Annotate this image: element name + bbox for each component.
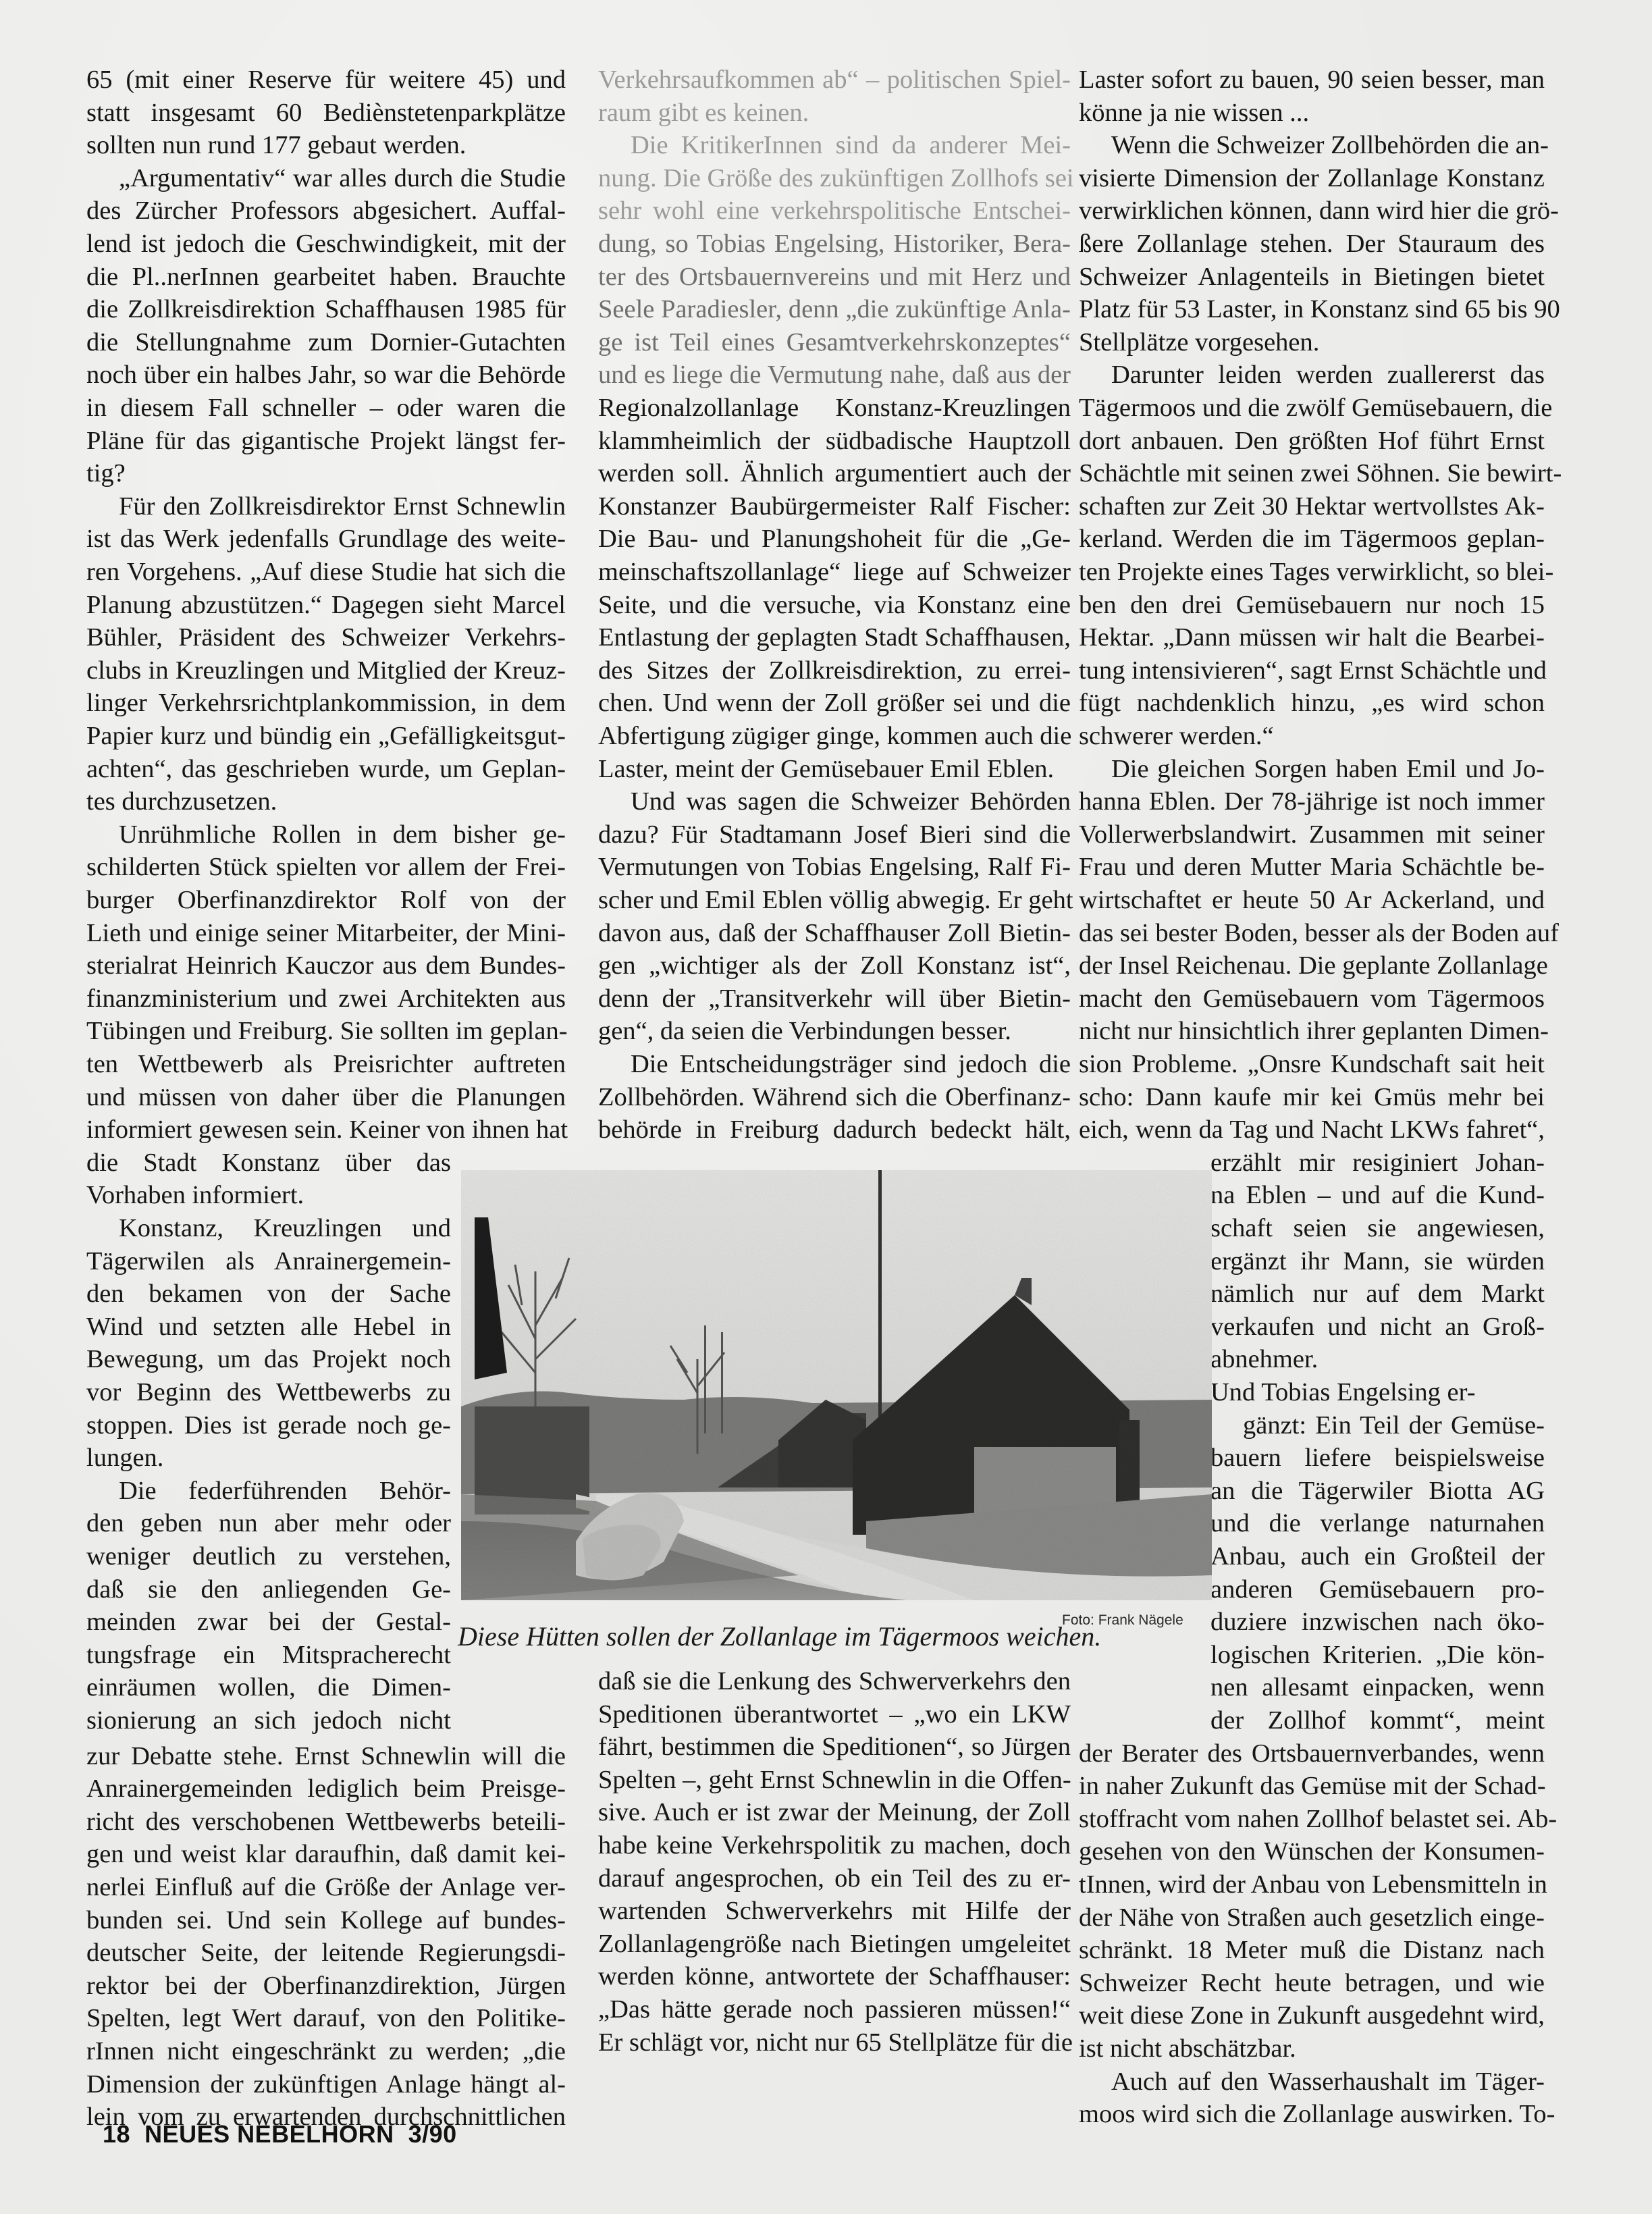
article-line: der Zollhof kommt“, meint (1210, 1704, 1545, 1737)
article-line: deutscher Seite, der leitende Regierungs… (86, 1936, 566, 1969)
article-line: und die verlange naturnahen (1210, 1507, 1545, 1539)
page-footer: 18 NEUES NEBELHORN 3/90 (103, 2120, 457, 2149)
article-line: burger Oberfinanzdirektor Rolf von der (86, 884, 566, 916)
article-line: Unrühmliche Rollen in dem bisher ge- (86, 818, 566, 851)
article-line: sive. Auch er ist zwar der Meinung, der … (598, 1796, 1071, 1828)
article-line: chen. Und wenn der Zoll größer sei und d… (598, 687, 1071, 719)
article-line: meinschaftszollanlage“ liege auf Schweiz… (598, 556, 1071, 588)
article-line: ergänzt ihr Mann, sie würden (1210, 1245, 1545, 1277)
article-line: könne ja nie wissen ... (1079, 97, 1545, 129)
article-line: ist das Werk jedenfalls Grundlage des we… (86, 523, 566, 555)
article-line: nen allesamt einpacken, wenn (1210, 1671, 1545, 1704)
article-line: Laster, meint der Gemüsebauer Emil Eblen… (598, 753, 1071, 785)
article-line: habe keine Verkehrspolitik zu machen, do… (598, 1829, 1071, 1862)
article-line: bauern liefere beispielsweise (1210, 1442, 1545, 1474)
article-line: nicht nur hinsichtlich ihrer geplanten D… (1079, 1015, 1545, 1047)
article-line: schaften zur Zeit 30 Hektar wertvollstes… (1079, 490, 1545, 523)
article-line: nämlich nur auf dem Markt (1210, 1277, 1545, 1310)
article-line: an die Tägerwiler Biotta AG (1210, 1475, 1545, 1507)
article-line: und müssen von daher über die Planungen (86, 1081, 566, 1113)
article-line: abnehmer. (1210, 1343, 1545, 1375)
article-line: behörde in Freiburg dadurch bedeckt hält… (598, 1113, 1071, 1146)
article-line: Die Entscheidungsträger sind jedoch die (598, 1048, 1071, 1080)
article-line: stoffracht vom nahen Zollhof belastet se… (1079, 1803, 1545, 1835)
article-line: Planung abzustützen.“ Dagegen sieht Marc… (86, 589, 566, 621)
article-line: Anrainergemeinden lediglich beim Preisge… (86, 1772, 566, 1805)
article-line: na Eblen – und auf die Kund- (1210, 1179, 1545, 1211)
photo-image (461, 1170, 1212, 1600)
article-line: Schweizer Anlagenteils in Bietingen biet… (1079, 261, 1545, 293)
article-line: macht den Gemüsebauern vom Tägermoos (1079, 982, 1545, 1015)
article-line: Die KritikerInnen sind da anderer Mei- (598, 129, 1071, 161)
article-line: darauf angesprochen, ob ein Teil des zu … (598, 1862, 1071, 1895)
article-line: informiert gewesen sein. Keiner von ihne… (86, 1113, 566, 1146)
article-line: werden könne, antwortete der Schaffhause… (598, 1960, 1071, 1993)
article-line: der Nähe von Straßen auch gesetzlich ein… (1079, 1901, 1545, 1934)
article-line: klammheimlich der südbadische Hauptzoll (598, 425, 1071, 457)
article-photo (461, 1170, 1212, 1600)
article-line: Bühler, Präsident des Schweizer Verkehrs… (86, 621, 566, 654)
article-line: Speditionen überantwortet – „wo ein LKW (598, 1698, 1071, 1731)
article-line: Für den Zollkreisdirektor Ernst Schnewli… (86, 490, 566, 523)
page-number: 18 (103, 2120, 130, 2148)
article-line: scher und Emil Eblen völlig abwegig. Er … (598, 884, 1071, 916)
article-line: schwerer werden.“ (1079, 720, 1545, 752)
article-line: scho: Dann kaufe mir kei Gmüs mehr bei (1079, 1081, 1545, 1113)
article-line: Pläne für das gigantische Projekt längst… (86, 425, 566, 457)
photo-caption: Diese Hütten sollen der Zollanlage im Tä… (458, 1620, 1101, 1652)
article-line: Wind und setzten alle Hebel in (86, 1311, 451, 1343)
article-line: noch über ein halbes Jahr, so war die Be… (86, 359, 566, 391)
article-line: Vorhaben informiert. (86, 1179, 451, 1211)
article-line: dazu? Für Stadtamann Josef Bieri sind di… (598, 818, 1071, 851)
article-line: Wenn die Schweizer Zollbehörden die an- (1079, 129, 1545, 161)
article-line: vor Beginn des Wettbewerbs zu (86, 1376, 451, 1408)
article-line: schaft seien sie angewiesen, (1210, 1212, 1545, 1244)
article-line: davon aus, daß der Schaffhauser Zoll Bie… (598, 917, 1071, 949)
article-line: fügt nachdenklich hinzu, „es wird schon (1079, 687, 1545, 719)
issue-number: 3/90 (408, 2120, 457, 2148)
article-line: Platz für 53 Laster, in Konstanz sind 65… (1079, 293, 1545, 325)
article-line: dort anbauen. Den größten Hof führt Erns… (1079, 425, 1545, 457)
article-line: in naher Zukunft das Gemüse mit der Scha… (1079, 1770, 1545, 1802)
publication-title: NEUES NEBELHORN (144, 2120, 394, 2148)
article-line: wirtschaftet er heute 50 Ar Ackerland, u… (1079, 884, 1545, 916)
article-line: Laster sofort zu bauen, 90 seien besser,… (1079, 63, 1545, 96)
article-line: tInnen, wird der Anbau von Lebensmitteln… (1079, 1868, 1545, 1901)
article-line: gänzt: Ein Teil der Gemüse- (1210, 1409, 1545, 1442)
article-line: tes durchzusetzen. (86, 785, 566, 818)
article-line: Regionalzollanlage Konstanz-Kreuzlingen (598, 392, 1071, 424)
article-line: die Pl..nerInnen gearbeitet haben. Brauc… (86, 261, 566, 293)
article-line: logischen Kriterien. „Die kön- (1210, 1639, 1545, 1671)
article-line: in diesem Fall schneller – oder waren di… (86, 392, 566, 424)
article-line: ten Wettbewerb als Preisrichter auftrete… (86, 1048, 566, 1080)
article-line: sionierung an sich jedoch nicht (86, 1704, 451, 1737)
article-line: gesehen von den Wünschen der Konsumen- (1079, 1835, 1545, 1868)
article-line: Und Tobias Engelsing er- (1210, 1376, 1545, 1408)
article-line: einräumen wollen, die Dimen- (86, 1671, 451, 1704)
article-line: linger Verkehrsrichtplankommission, in d… (86, 687, 566, 719)
article-line: Bewegung, um das Projekt noch (86, 1343, 451, 1375)
article-line: duziere inzwischen nach öko- (1210, 1606, 1545, 1638)
article-line: Zollanlagengröße nach Bietingen umgeleit… (598, 1928, 1071, 1960)
article-line: Abfertigung zügiger ginge, kommen auch d… (598, 720, 1071, 752)
article-line: die Zollkreisdirektion Schaffhausen 1985… (86, 293, 566, 325)
article-line: fährt, bestimmen die Speditionen“, so Jü… (598, 1731, 1071, 1763)
article-line: Die gleichen Sorgen haben Emil und Jo- (1079, 753, 1545, 785)
article-line: den bekamen von der Sache (86, 1277, 451, 1310)
article-line: gen „wichtiger als der Zoll Konstanz ist… (598, 949, 1071, 982)
article-line: nung. Die Größe des zukünftigen Zollhofs… (598, 162, 1071, 194)
article-line: Hektar. „Dann müssen wir halt die Bearbe… (1079, 621, 1545, 654)
article-line: raum gibt es keinen. (598, 97, 1071, 129)
article-line: den geben nun aber mehr oder (86, 1507, 451, 1539)
article-line: daß sie den anliegenden Ge- (86, 1573, 451, 1606)
article-line: „Argumentativ“ war alles durch die Studi… (86, 162, 566, 194)
article-line: tung intensivieren“, sagt Ernst Schächtl… (1079, 654, 1545, 687)
article-line: der Insel Reichenau. Die geplante Zollan… (1079, 949, 1545, 982)
article-line: Tägerwilen als Anrainergemein- (86, 1245, 451, 1277)
article-line: Dimension der zukünftigen Anlage hängt a… (86, 2068, 566, 2101)
article-line: lend ist jedoch die Geschwindigkeit, mit… (86, 228, 566, 260)
article-line: ge ist Teil eines Gesamtverkehrskonzepte… (598, 326, 1071, 359)
article-line: rInnen nicht eingeschränkt zu werden; „d… (86, 2035, 566, 2067)
article-line: verwirklichen können, dann wird hier die… (1079, 194, 1545, 227)
article-line: ßere Zollanlage stehen. Der Stauraum des (1079, 228, 1545, 260)
article-line: eich, wenn da Tag und Nacht LKWs fahret“… (1079, 1113, 1545, 1146)
article-line: ter des Ortsbauernvereins und mit Herz u… (598, 261, 1071, 293)
article-line: sterialrat Heinrich Kauczor aus dem Bund… (86, 949, 566, 982)
article-line: hanna Eblen. Der 78-jährige ist noch imm… (1079, 785, 1545, 818)
article-line: 65 (mit einer Reserve für weitere 45) un… (86, 63, 566, 96)
article-line: Auch auf den Wasserhaushalt im Täger- (1079, 2065, 1545, 2098)
article-line: Lieth und einige seiner Mitarbeiter, der… (86, 917, 566, 949)
article-line: gen“, da seien die Verbindungen besser. (598, 1015, 1071, 1047)
article-line: finanzministerium und zwei Architekten a… (86, 982, 566, 1015)
article-line: richt des verschobenen Wettbewerbs betei… (86, 1806, 566, 1838)
article-line: verkaufen und nicht an Groß- (1210, 1311, 1545, 1343)
article-line: ren Vorgehens. „Auf diese Studie hat sic… (86, 556, 566, 588)
article-line: sehr wohl eine verkehrspolitische Entsch… (598, 194, 1071, 227)
article-line: Darunter leiden werden zuallererst das (1079, 359, 1545, 391)
article-line: Seite, und die versuche, via Konstanz ei… (598, 589, 1071, 621)
article-line: des Zürcher Professors abgesichert. Auff… (86, 194, 566, 227)
article-line: Konstanzer Baubürgermeister Ralf Fischer… (598, 490, 1071, 523)
article-line: zur Debatte stehe. Ernst Schnewlin will … (86, 1740, 566, 1772)
article-line: Frau und deren Mutter Maria Schächtle be… (1079, 851, 1545, 883)
article-line: tig? (86, 457, 566, 490)
article-line: der Berater des Ortsbauernverbandes, wen… (1079, 1737, 1545, 1770)
article-line: Vollerwerbslandwirt. Zusammen mit seiner (1079, 818, 1545, 851)
article-line: das sei bester Boden, besser als der Bod… (1079, 917, 1545, 949)
article-line: Tübingen und Freiburg. Sie sollten im ge… (86, 1015, 566, 1047)
article-line: bunden sei. Und sein Kollege auf bundes- (86, 1904, 566, 1936)
article-line: Schächtle mit seinen zwei Söhnen. Sie be… (1079, 457, 1545, 490)
article-line: die Stadt Konstanz über das (86, 1146, 451, 1179)
article-line: kerland. Werden die im Tägermoos geplan- (1079, 523, 1545, 555)
article-line: Spelten, legt Wert darauf, von den Polit… (86, 2002, 566, 2034)
article-line: Seele Paradiesler, denn „die zukünftige … (598, 293, 1071, 325)
article-line: und es liege die Vermutung nahe, daß aus… (598, 359, 1071, 391)
article-line: rektor bei der Oberfinanzdirektion, Jürg… (86, 1970, 566, 2002)
article-line: die Stellungnahme zum Dornier-Gutachten (86, 326, 566, 359)
article-line: Er schlägt vor, nicht nur 65 Stellplätze… (598, 2026, 1071, 2059)
article-line: Und was sagen die Schweizer Behörden (598, 785, 1071, 818)
article-line: ist nicht abschätzbar. (1079, 2032, 1545, 2065)
article-line: Schweizer Recht heute betragen, und wie (1079, 1967, 1545, 1999)
article-line: weit diese Zone in Zukunft ausgedehnt wi… (1079, 1999, 1545, 2032)
article-line: erzählt mir resiginiert Johan- (1210, 1146, 1545, 1179)
article-line: moos wird sich die Zollanlage auswirken.… (1079, 2098, 1545, 2130)
article-line: „Das hätte gerade noch passieren müssen!… (598, 1993, 1071, 2026)
article-line: Verkehrsaufkommen ab“ – politischen Spie… (598, 63, 1071, 96)
article-line: tungsfrage ein Mitspracherecht (86, 1639, 451, 1671)
article-line: Anbau, auch ein Großteil der (1210, 1540, 1545, 1573)
article-line: Tägermoos und die zwölf Gemüsebauern, di… (1079, 392, 1545, 424)
article-line: denn der „Transitverkehr will über Bieti… (598, 982, 1071, 1015)
article-line: anderen Gemüsebauern pro- (1210, 1573, 1545, 1606)
article-line: Entlastung der geplagten Stadt Schaffhau… (598, 621, 1071, 654)
article-line: Die federführenden Behör- (86, 1475, 451, 1507)
article-line: Konstanz, Kreuzlingen und (86, 1212, 451, 1244)
photo-credit: Foto: Frank Nägele (1062, 1612, 1183, 1629)
article-line: visierte Dimension der Zollanlage Konsta… (1079, 162, 1545, 194)
article-line: Spelten –, geht Ernst Schnewlin in die O… (598, 1764, 1071, 1796)
article-line: lungen. (86, 1442, 451, 1474)
article-line: schränkt. 18 Meter muß die Distanz nach (1079, 1934, 1545, 1966)
article-line: ten Projekte eines Tages verwirklicht, s… (1079, 556, 1545, 588)
article-line: Zollbehörden. Während sich die Oberfinan… (598, 1081, 1071, 1113)
article-line: achten“, das geschrieben wurde, um Gepla… (86, 753, 566, 785)
article-line: meinden zwar bei der Gestal- (86, 1606, 451, 1638)
article-line: Vermutungen von Tobias Engelsing, Ralf F… (598, 851, 1071, 883)
article-line: Die Bau- und Planungshoheit für die „Ge- (598, 523, 1071, 555)
article-line: ben den drei Gemüsebauern nur noch 15 (1079, 589, 1545, 621)
article-line: dung, so Tobias Engelsing, Historiker, B… (598, 228, 1071, 260)
article-line: weniger deutlich zu verstehen, (86, 1540, 451, 1573)
article-line: wartenden Schwerverkehrs mit Hilfe der (598, 1895, 1071, 1927)
article-line: sollten nun rund 177 gebaut werden. (86, 129, 566, 161)
article-line: Stellplätze vorgesehen. (1079, 326, 1545, 359)
article-line: clubs in Kreuzlingen und Mitglied der Kr… (86, 654, 566, 687)
article-line: schilderten Stück spielten vor allem der… (86, 851, 566, 883)
article-line: stoppen. Dies ist gerade noch ge- (86, 1409, 451, 1442)
article-line: statt insgesamt 60 Bediènstetenparkplätz… (86, 97, 566, 129)
article-line: Papier kurz und bündig ein „Gefälligkeit… (86, 720, 566, 752)
article-line: werden soll. Ähnlich argumentiert auch d… (598, 457, 1071, 490)
magazine-page: 65 (mit einer Reserve für weitere 45) un… (0, 0, 1652, 2214)
article-line: daß sie die Lenkung des Schwerverkehrs d… (598, 1665, 1071, 1697)
article-line: nerlei Einfluß auf die Größe der Anlage … (86, 1871, 566, 1903)
article-line: sion Probleme. „Onsre Kundschaft sait he… (1079, 1048, 1545, 1080)
article-line: gen und weist klar daraufhin, daß damit … (86, 1838, 566, 1870)
article-line: des Sitzes der Zollkreisdirektion, zu er… (598, 654, 1071, 687)
